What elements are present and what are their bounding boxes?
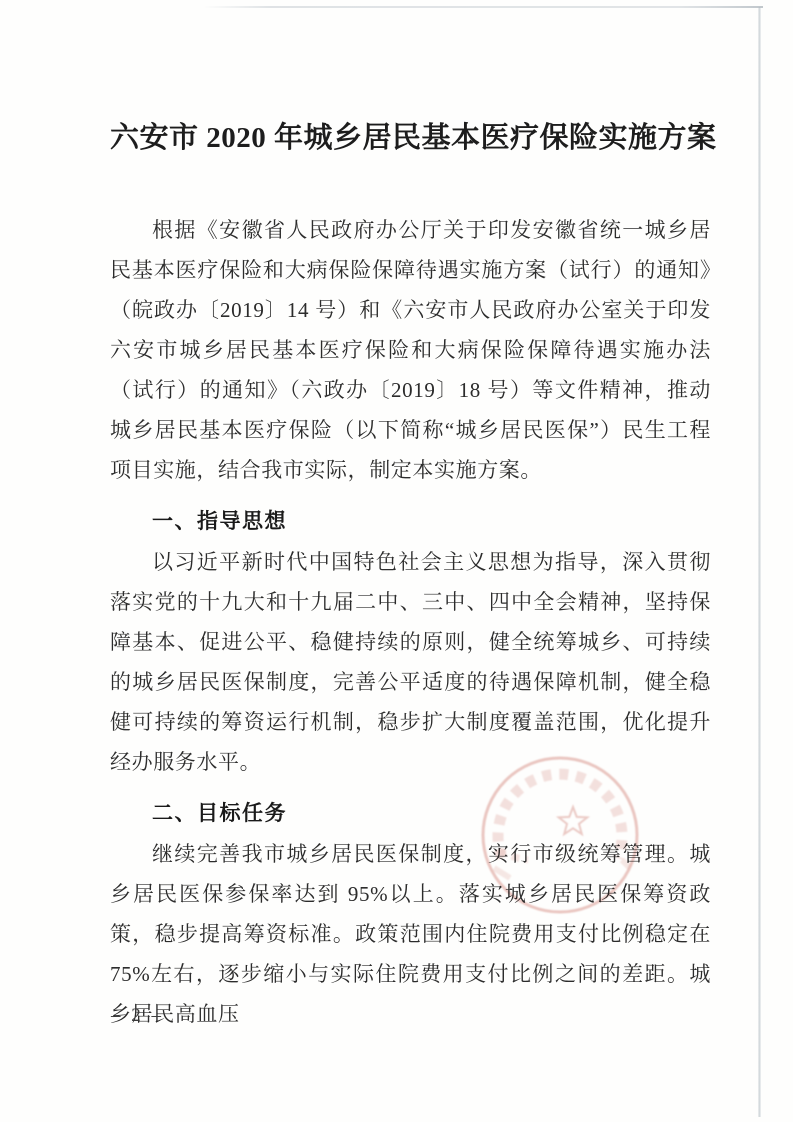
section-body-guiding-ideology: 以习近平新时代中国特色社会主义思想为指导，深入贯彻落实党的十九大和十九届二中、三… xyxy=(110,542,711,782)
section-heading-target-tasks: 二、目标任务 xyxy=(110,794,711,834)
intro-paragraph: 根据《安徽省人民政府办公厅关于印发安徽省统一城乡居民基本医疗保险和大病保险保障待… xyxy=(110,210,711,490)
document-page: 六安市 2020 年城乡居民基本医疗保险实施方案 根据《安徽省人民政府办公厅关于… xyxy=(0,0,793,1122)
document-title: 六安市 2020 年城乡居民基本医疗保险实施方案 xyxy=(110,116,711,160)
page-number: – 2 – xyxy=(111,1005,164,1027)
section-body-target-tasks: 继续完善我市城乡居民医保制度，实行市级统筹管理。城乡居民医保参保率达到 95%以… xyxy=(110,834,711,1034)
section-heading-guiding-ideology: 一、指导思想 xyxy=(110,502,711,542)
scan-edge-line-right xyxy=(758,7,761,1117)
document-body: 六安市 2020 年城乡居民基本医疗保险实施方案 根据《安徽省人民政府办公厅关于… xyxy=(110,0,711,1034)
